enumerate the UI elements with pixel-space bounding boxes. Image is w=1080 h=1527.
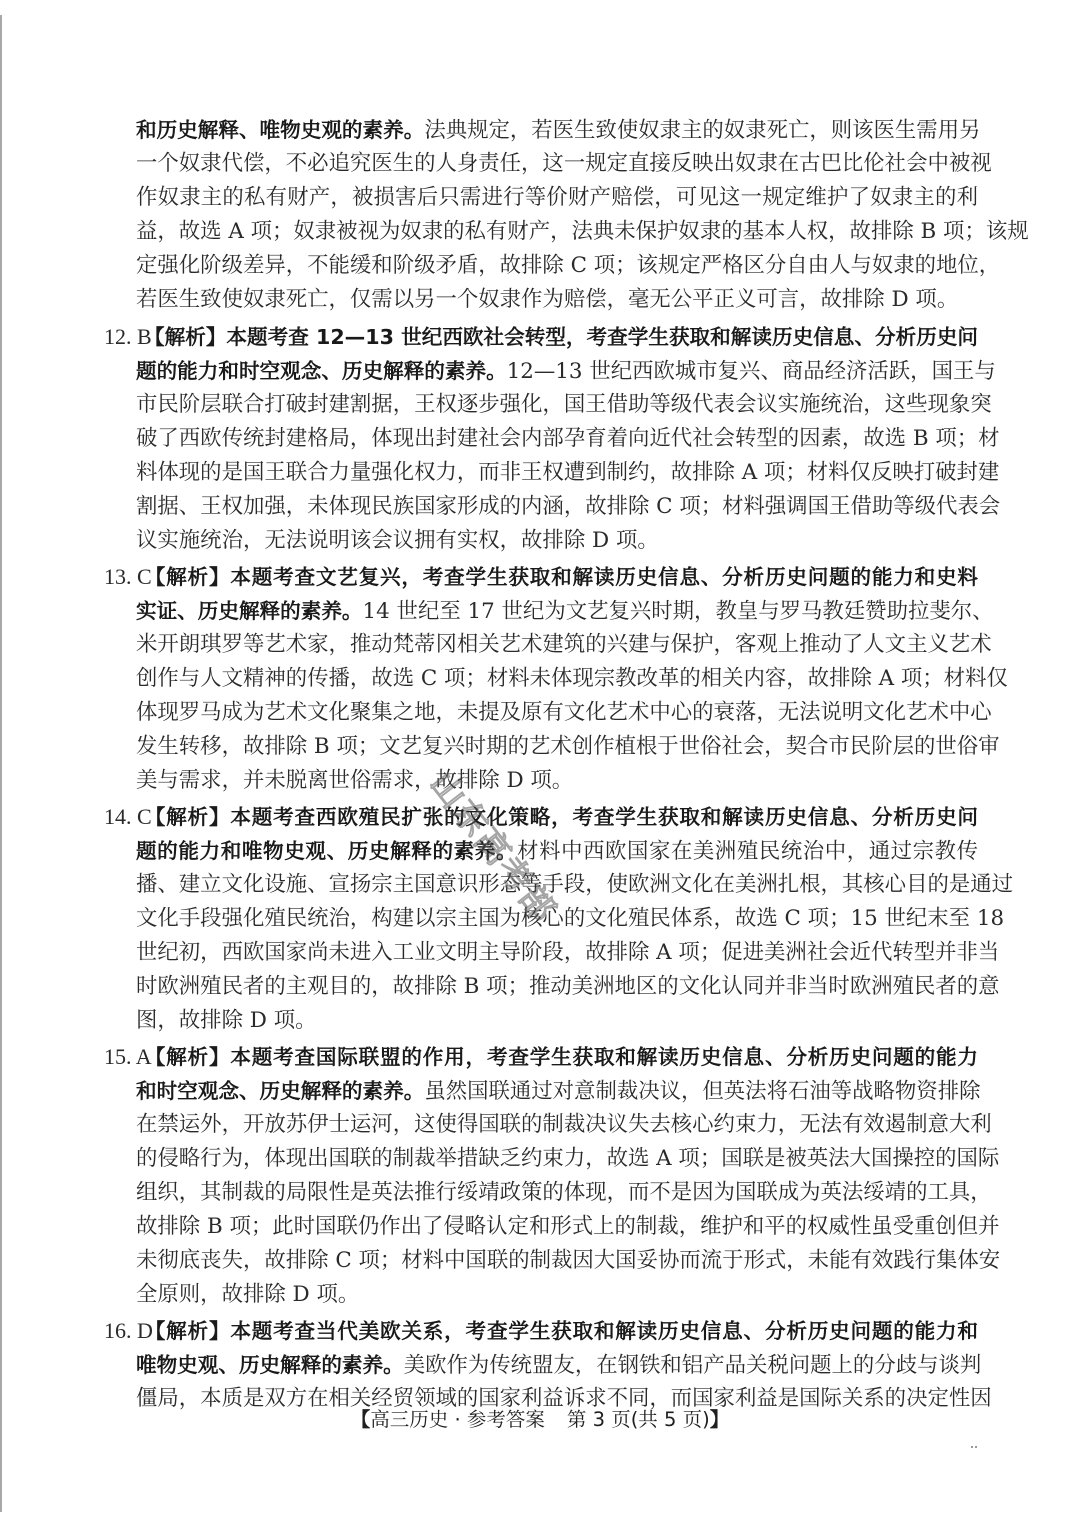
text-line: 美与需求，并未脱离世俗需求，故排除 D 项。 bbox=[136, 764, 978, 798]
text-line: 题的能力和唯物史观、历史解释的素养。材料中西欧国家在美洲殖民统治中，通过宗教传 bbox=[136, 834, 978, 868]
text-line: 破了西欧传统封建格局，体现出封建社会内部孕育着向近代社会转型的因素，故选 B 项… bbox=[136, 422, 978, 456]
text-line: 的侵略行为，体现出国联的制裁举措缺乏约束力，故选 A 项；国联是被英法大国操控的… bbox=[136, 1142, 978, 1176]
text-line: 在禁运外，开放苏伊士运河，这使得国联的制裁决议失去核心约束力，无法有效遏制意大利 bbox=[136, 1108, 978, 1142]
footer-close-bracket: 】 bbox=[710, 1408, 730, 1431]
text-line: 实证、历史解释的素养。14 世纪至 17 世纪为文艺复兴时期，教皇与罗马教廷赞助… bbox=[136, 594, 978, 628]
text-line: 世纪初，西欧国家尚未进入工业文明主导阶段，故排除 A 项；促进美洲社会近代转型并… bbox=[136, 936, 978, 970]
text-line: 和历史解释、唯物史观的素养。法典规定，若医生致使奴隶主的奴隶死亡，则该医生需用另 bbox=[136, 113, 978, 147]
text-line: 唯物史观、历史解释的素养。美欧作为传统盟友，在钢铁和铝产品关税问题上的分歧与谈判 bbox=[136, 1348, 978, 1382]
question-number: 15. A bbox=[104, 1040, 144, 1074]
answer-key-page: 和历史解释、唯物史观的素养。法典规定，若医生致使奴隶主的奴隶死亡，则该医生需用另… bbox=[0, 0, 1080, 1527]
text-line: 故排除 B 项；此时国联仍作出了侵略认定和形式上的制裁，维护和平的权威性虽受重创… bbox=[136, 1210, 978, 1244]
footer-page-number: 第 3 页(共 5 页) bbox=[567, 1408, 710, 1431]
text-line: 创作与人文精神的传播，故选 C 项；材料未体现宗教改革的相关内容，故排除 A 项… bbox=[136, 662, 978, 696]
text-line: 发生转移，故排除 B 项；文艺复兴时期的艺术创作植根于世俗社会，契合市民阶层的世… bbox=[136, 730, 978, 764]
text-line: 米开朗琪罗等艺术家，推动梵蒂冈相关艺术建筑的兴建与保护，客观上推动了人文主义艺术 bbox=[136, 628, 978, 662]
footer-open-bracket: 【 bbox=[351, 1408, 371, 1431]
text-line: 题的能力和时空观念、历史解释的素养。12—13 世纪西欧城市复兴、商品经济活跃，… bbox=[136, 354, 978, 388]
text-line: 图，故排除 D 项。 bbox=[136, 1004, 978, 1038]
text-line: 一个奴隶代偿，不必追究医生的人身责任，这一规定直接反映出奴隶在古巴比伦社会中被视 bbox=[136, 147, 978, 181]
text-line: 全原则，故排除 D 项。 bbox=[136, 1278, 978, 1312]
scan-artifact-dots bbox=[971, 1433, 979, 1436]
text-line: 和时空观念、历史解释的素养。虽然国联通过对意制裁决议，但英法将石油等战略物资排除 bbox=[136, 1074, 978, 1108]
question-header-line: 13. C【解析】本题考查文艺复兴，考查学生获取和解读历史信息、分析历史问题的能… bbox=[104, 560, 978, 594]
question-header-line: 14. C【解析】本题考查西欧殖民扩张的文化策略，考查学生获取和解读历史信息、分… bbox=[104, 800, 978, 834]
text-line: 议实施统治，无法说明该会议拥有实权，故排除 D 项。 bbox=[136, 524, 978, 558]
text-line: 市民阶层联合打破封建割据，王权逐步强化，国王借助等级代表会议实施统治，这些现象突 bbox=[136, 388, 978, 422]
text-line: 体现罗马成为艺术文化聚集之地，未提及原有文化艺术中心的衰落，无法说明文化艺术中心 bbox=[136, 696, 978, 730]
question-number: 12. B bbox=[104, 320, 144, 354]
text-line: 文化手段强化殖民统治，构建以宗主国为核心的文化殖民体系，故选 C 项；15 世纪… bbox=[136, 902, 978, 936]
text-line: 益，故选 A 项；奴隶被视为奴隶的私有财产，法典未保护奴隶的基本人权，故排除 B… bbox=[136, 215, 978, 249]
question-header-line: 15. A【解析】本题考查国际联盟的作用，考查学生获取和解读历史信息、分析历史问… bbox=[104, 1040, 978, 1074]
text-line: 播、建立文化设施、宣扬宗主国意识形态等手段，使欧洲文化在美洲扎根，其核心目的是通… bbox=[136, 868, 978, 902]
text-line: 料体现的是国王联合力量强化权力，而非王权遭到制约，故排除 A 项；材料仅反映打破… bbox=[136, 456, 978, 490]
question-number: 16. D bbox=[104, 1314, 144, 1348]
text-line: 割据、王权加强，未体现民族国家形成的内涵，故排除 C 项；材料强调国王借助等级代… bbox=[136, 490, 978, 524]
text-line: 作奴隶主的私有财产，被损害后只需进行等价财产赔偿，可见这一规定维护了奴隶主的利 bbox=[136, 181, 978, 215]
page-footer: 【高三历史 · 参考答案第 3 页(共 5 页)】 bbox=[0, 1405, 1080, 1435]
question-number: 14. C bbox=[104, 800, 144, 834]
text-line: 若医生致使奴隶死亡，仅需以另一个奴隶作为赔偿，毫无公平正义可言，故排除 D 项。 bbox=[136, 283, 978, 317]
question-header-line: 16. D【解析】本题考查当代美欧关系，考查学生获取和解读历史信息、分析历史问题… bbox=[104, 1314, 978, 1348]
text-line: 未彻底丧失，故排除 C 项；材料中国联的制裁因大国妥协而流于形式，未能有效践行集… bbox=[136, 1244, 978, 1278]
text-line: 组织，其制裁的局限性是英法推行绥靖政策的体现，而不是因为国联成为英法绥靖的工具， bbox=[136, 1176, 978, 1210]
text-line: 时欧洲殖民者的主观目的，故排除 B 项；推动美洲地区的文化认同并非当时欧洲殖民者… bbox=[136, 970, 978, 1004]
question-header-line: 12. B【解析】本题考查 12—13 世纪西欧社会转型，考查学生获取和解读历史… bbox=[104, 320, 978, 354]
text-line: 定强化阶级差异，不能缓和阶级矛盾，故排除 C 项；该规定严格区分自由人与奴隶的地… bbox=[136, 249, 978, 283]
question-number: 13. C bbox=[104, 560, 144, 594]
footer-title: 高三历史 · 参考答案 bbox=[370, 1408, 545, 1431]
